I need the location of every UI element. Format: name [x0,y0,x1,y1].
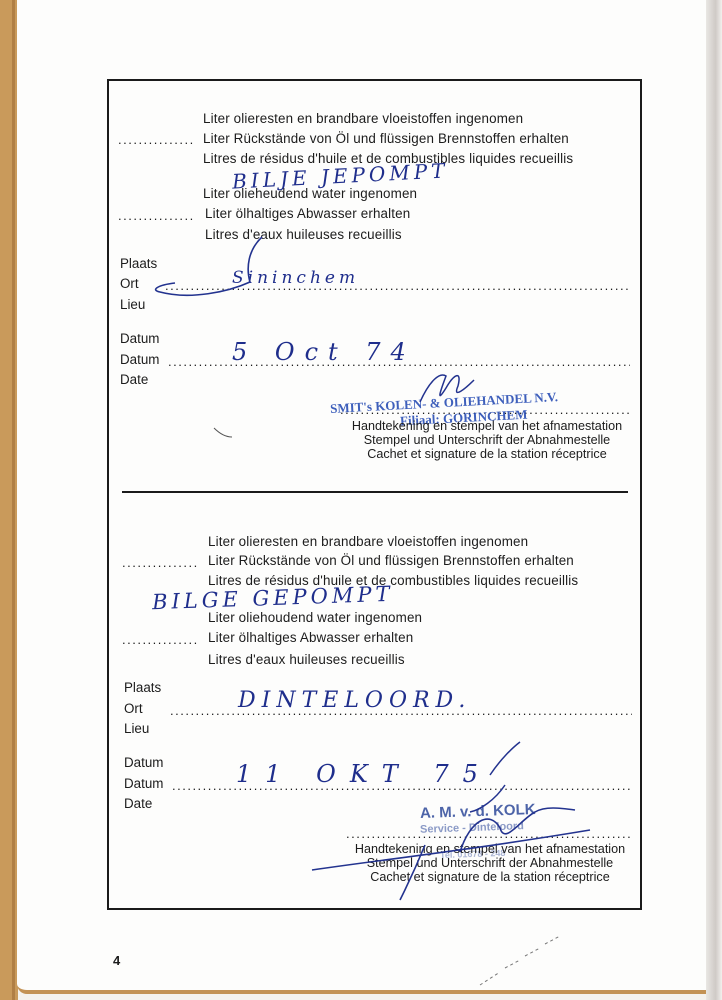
place-value: Sininchem [232,268,359,288]
date-label-nl: Datum [120,331,159,346]
place-label-de: Ort [124,701,143,716]
signature-caption-fr: Cachet et signature de la station récept… [342,870,638,884]
date-label-nl: Datum [124,755,163,770]
date-value: 5 Oct 74 [232,338,416,366]
signature-caption-de: Stempel und Unterschrift der Abnahmestel… [342,856,638,870]
page-edge [706,0,722,1000]
place-label-fr: Lieu [124,721,149,736]
place-label-de: Ort [120,276,139,291]
signature-caption-fr: Cachet et signature de la station récept… [342,447,632,461]
signature-caption-nl: Handtekening en stempel van het afnamest… [342,842,638,856]
oily-water-line-fr: Litres d'eaux huileuses recueillis [205,227,402,242]
section-divider [122,491,628,493]
oily-water-quantity-field[interactable]: ............... [118,208,195,223]
place-label-nl: Plaats [120,256,157,271]
date-label-fr: Date [120,372,148,387]
signature-caption-de: Stempel und Unterschrift der Abnahmestel… [342,433,632,447]
date-label-de: Datum [120,352,159,367]
place-label-fr: Lieu [120,297,145,312]
oily-water-line-de: Liter ölhaltiges Abwasser erhalten [208,630,413,645]
oily-water-line-nl: Liter oliehoudend water ingenomen [208,610,422,625]
oil-residues-line-nl: Liter olieresten en brandbare vloeistoff… [203,111,523,126]
oil-residues-line-nl: Liter olieresten en brandbare vloeistoff… [208,534,528,549]
oil-residues-quantity-field[interactable]: ............... [118,132,195,147]
place-label-nl: Plaats [124,680,161,695]
signature-caption-nl: Handtekening en stempel van het afnamest… [342,419,632,433]
date-value: 11 OKT 75 [236,760,492,788]
oil-residues-line-de: Liter Rückstände von Öl und flüssigen Br… [203,131,569,146]
book-spine [0,0,18,1000]
date-label-de: Datum [124,776,163,791]
oil-residues-quantity-field[interactable]: ............... [122,555,199,570]
oil-residues-line-de: Liter Rückstände von Öl und flüssigen Br… [208,553,574,568]
date-label-fr: Date [124,796,152,811]
oily-water-line-fr: Litres d'eaux huileuses recueillis [208,652,405,667]
oily-water-quantity-field[interactable]: ............... [122,632,199,647]
oily-water-line-de: Liter ölhaltiges Abwasser erhalten [205,206,410,221]
page-number: 4 [113,953,120,968]
place-value: DINTELOORD. [238,688,471,713]
